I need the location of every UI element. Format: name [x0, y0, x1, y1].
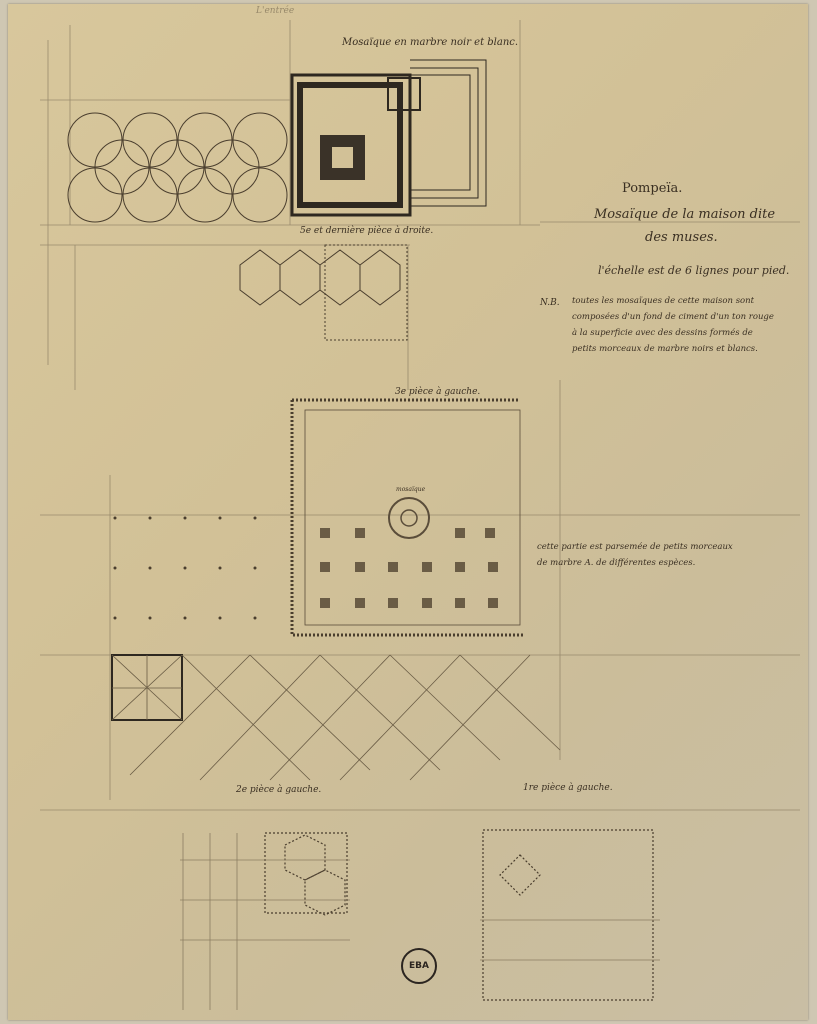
title-line1: Mosaïque de la maison dite [594, 207, 775, 222]
note-line-2: composées d'un fond de ciment d'un ton r… [572, 312, 774, 322]
eba-stamp: EBA [401, 948, 437, 984]
side-note-line1: cette partie est parsemée de petits morc… [537, 542, 733, 552]
center-label: mosaïque [396, 486, 425, 493]
note-line-3: à la superficie avec des dessins formés … [572, 328, 753, 338]
side-note-line2: de marbre A. de différentes espèces. [537, 558, 695, 568]
second-room-label: 2e pièce à gauche. [236, 785, 321, 795]
title-place: Pompeïa. [622, 181, 682, 196]
third-room-label: 3e pièce à gauche. [395, 387, 480, 397]
note-line-1: toutes les mosaïques de cette maison son… [572, 296, 754, 306]
first-room-label: 1re pièce à gauche. [523, 783, 613, 793]
mosaic-drawings [0, 0, 817, 1024]
fifth-room-label: 5e et dernière pièce à droite. [300, 226, 433, 236]
note-line-4: petits morceaux de marbre noirs et blanc… [572, 344, 758, 354]
scale-note: l'échelle est de 6 lignes pour pied. [598, 264, 789, 277]
title-line2: des muses. [645, 230, 718, 245]
top-panel-label: Mosaïque en marbre noir et blanc. [342, 37, 518, 48]
nb-label: N.B. [540, 298, 560, 308]
faint-top-label: L'entrée [256, 6, 294, 16]
